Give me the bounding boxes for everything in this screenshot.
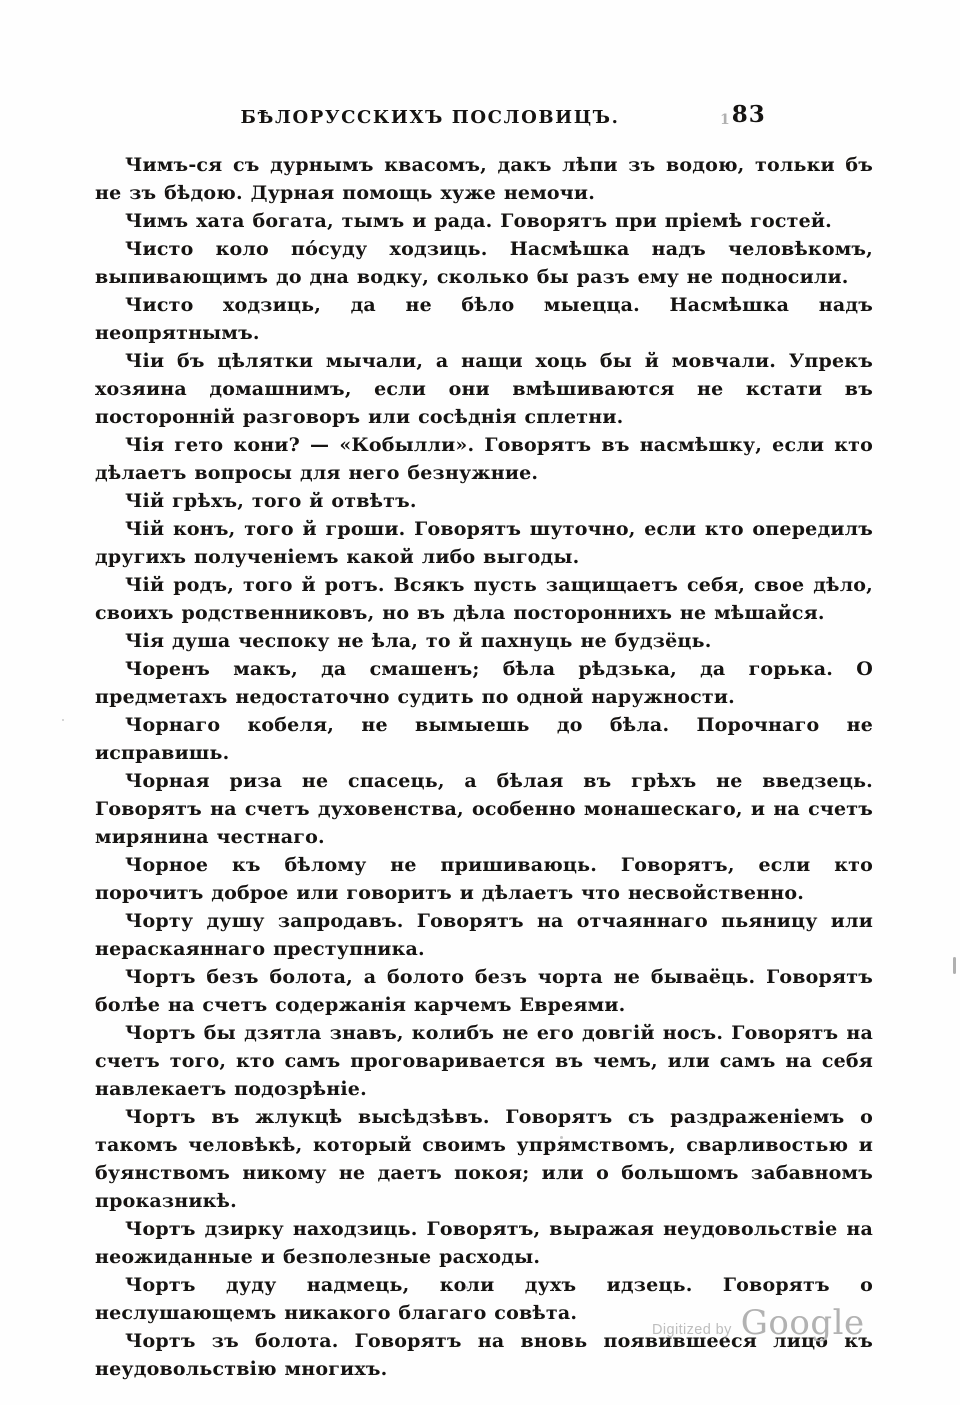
proverb-paragraph: Чортъ безъ болота, а болото безъ чорта н…	[95, 963, 873, 1019]
proverb-paragraph: Чіи бъ цѣлятки мычали, а нащи хоць бы й …	[95, 347, 873, 431]
proverb-paragraph: Чортъ дзирку находзиць. Говорятъ, выража…	[95, 1215, 873, 1271]
proverb-paragraph: Чія гето кони? — «Кобылли». Говорятъ въ …	[95, 431, 873, 487]
proverb-paragraph: Чисто коло по́суду ходзиць. Насмѣшка над…	[95, 235, 873, 291]
google-digitization-watermark: Digitized by Google	[652, 1303, 865, 1343]
proverbs-text-block: Чимъ-ся съ дурнымъ квасомъ, дакъ лѣпи зъ…	[95, 151, 873, 1383]
proverb-paragraph: Чорнаго кобеля, не вымыешь до бѣла. Поро…	[95, 711, 873, 767]
proverb-paragraph: Чій грѣхъ, того й отвѣтъ.	[95, 487, 873, 515]
proverb-paragraph: Чорту душу запродавъ. Говорятъ на отчаян…	[95, 907, 873, 963]
proverb-paragraph: Чортъ въ жлукцѣ высѣдзѣвъ. Говорятъ съ р…	[95, 1103, 873, 1215]
proverb-paragraph: Чій родъ, того й ротъ. Всякъ пусть защищ…	[95, 571, 873, 627]
scan-speck	[524, 250, 526, 252]
proverb-paragraph: Чимъ-ся съ дурнымъ квасомъ, дакъ лѣпи зъ…	[95, 151, 873, 207]
page-number-faded-digit: 1	[720, 112, 731, 128]
proverb-paragraph: Чортъ бы дзятла знавъ, колибъ не его дов…	[95, 1019, 873, 1103]
scan-speck	[62, 719, 64, 721]
proverb-paragraph: Чорная риза не спасець, а бѣлая въ грѣхъ…	[95, 767, 873, 851]
scan-speck	[465, 1286, 468, 1289]
scanned-book-page: БѢЛОРУССКИХЪ ПОСЛОВИЦЪ. 183 Чимъ-ся съ д…	[0, 0, 960, 1405]
proverb-paragraph: Чій конъ, того й гроши. Говорятъ шуточно…	[95, 515, 873, 571]
proverb-paragraph: Чоренъ макъ, да смашенъ; бѣла рѣдзька, д…	[95, 655, 873, 711]
proverb-paragraph: Чимъ хата богата, тымъ и рада. Говорятъ …	[95, 207, 873, 235]
scan-edge-mark	[953, 957, 956, 974]
proverb-paragraph: Чорное къ бѣлому не пришиваюць. Говорятъ…	[95, 851, 873, 907]
proverb-paragraph: Чія душа чеспоку не ѣла, то й пахнуць не…	[95, 627, 873, 655]
google-logo: Google	[741, 1303, 865, 1343]
watermark-prefix-text: Digitized by	[652, 1322, 732, 1338]
page-number: 183	[720, 101, 766, 128]
proverb-paragraph: Чисто ходзиць, да не бѣло мыецца. Насмѣш…	[95, 291, 873, 347]
page-number-digits: 83	[732, 101, 766, 128]
scan-speck	[560, 1136, 563, 1139]
running-title: БѢЛОРУССКИХЪ ПОСЛОВИЦЪ.	[190, 107, 670, 128]
